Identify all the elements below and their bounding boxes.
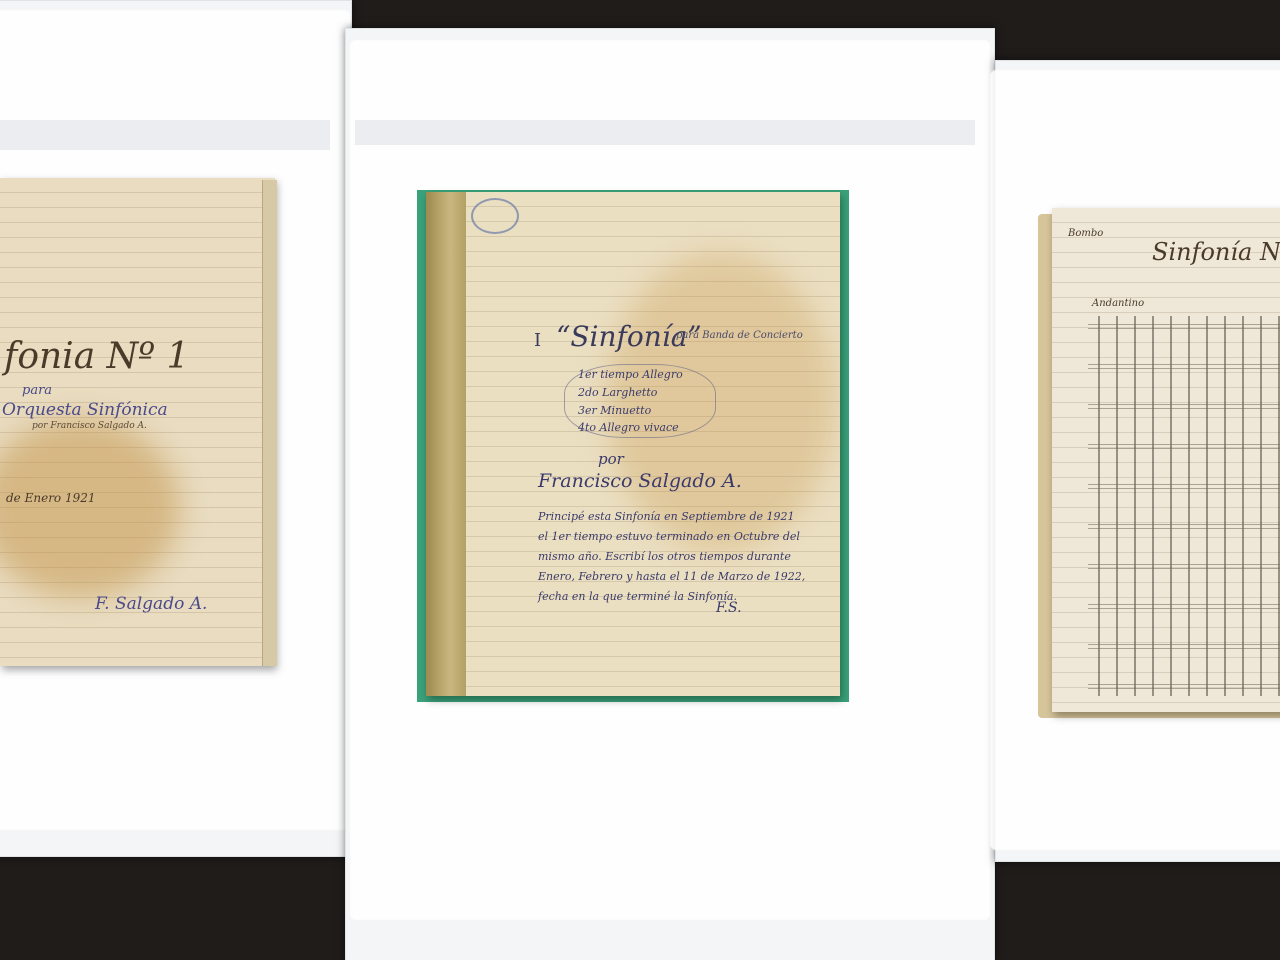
manuscript-left: fonia Nº 1 para Orquesta Sinfónica por F… (0, 178, 275, 666)
date-line: de Enero 1921 (6, 491, 96, 505)
manuscript-left-edge (262, 180, 277, 666)
note-line-1: Principé esta Sinfonía en Septiembre de … (538, 510, 795, 523)
author-line: por Francisco Salgado A. (32, 421, 147, 431)
part-label: Bombo (1068, 228, 1103, 239)
library-stamp (471, 198, 519, 234)
initials: F.S. (716, 600, 742, 616)
note-line-3: mismo año. Escribí los otros tiempos dur… (538, 550, 791, 563)
tempo-marking: Andantino (1092, 298, 1144, 309)
subtitle-orchestra: Orquesta Sinfónica (2, 400, 168, 420)
manuscript-right: Bombo Sinfonía Nº 1 Andantino (1052, 208, 1280, 712)
tissue-fold-center (355, 120, 975, 145)
movement-3: 3er Minuetto (578, 404, 651, 417)
title-text: fonia Nº 1 (4, 336, 189, 377)
bound-spine (426, 192, 466, 696)
title-suffix: para Banda de Concierto (676, 330, 803, 341)
subtitle-para: para (22, 383, 52, 398)
numeral: I (534, 330, 541, 351)
composer-name: Francisco Salgado A. (538, 470, 742, 492)
by-text: por (598, 450, 624, 468)
note-line-4: Enero, Febrero y hasta el 11 de Marzo de… (538, 570, 805, 583)
note-line-2: el 1er tiempo estuvo terminado en Octubr… (538, 530, 800, 543)
title-text: Sinfonía Nº 1 (1152, 238, 1280, 266)
music-notation (1088, 316, 1280, 696)
tissue-fold-left (0, 120, 330, 150)
movement-1: 1er tiempo Allegro (578, 368, 683, 381)
water-stain (0, 418, 180, 598)
note-line-5: fecha en la que terminé la Sinfonía. (538, 590, 737, 603)
signature: F. Salgado A. (95, 594, 207, 614)
movement-2: 2do Larghetto (578, 386, 657, 399)
manuscript-center: I “Sinfonía” para Banda de Concierto 1er… (426, 192, 840, 696)
movement-4: 4to Allegro vivace (578, 421, 679, 434)
